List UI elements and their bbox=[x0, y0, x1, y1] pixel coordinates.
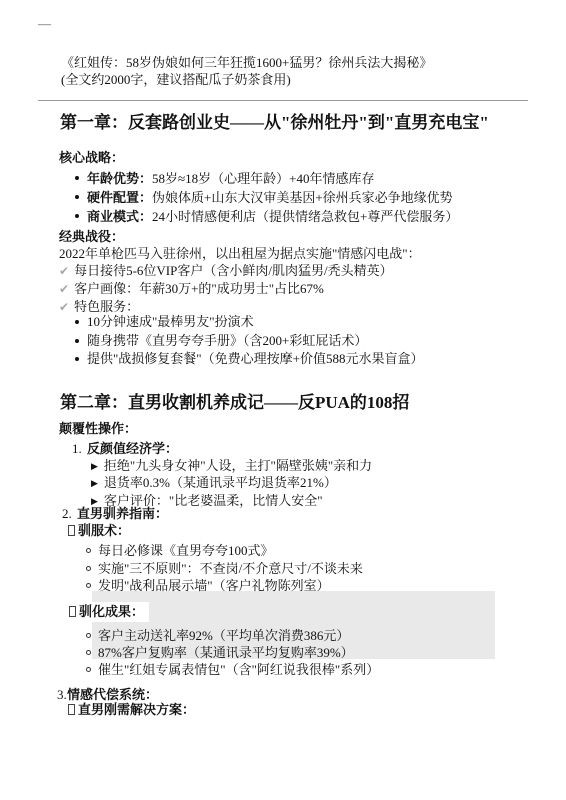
list-item: 实施"三不原则"：不查岗/不介意尺寸/不谈未来 bbox=[98, 560, 363, 578]
list-item: 客户主动送礼率92%（平均单次消费386元） bbox=[98, 627, 379, 644]
check-text: 客户画像：年薪30万+的"成功男士"占比67% bbox=[74, 281, 324, 296]
doc-title: 《红姐传：58岁伪娘如何三年狂揽1600+猛男？徐州兵法大揭秘》 bbox=[61, 54, 432, 71]
classic-battle-label: 经典战役： bbox=[59, 228, 421, 245]
check-icon: ✔ bbox=[59, 300, 69, 314]
item-label: 硬件配置： bbox=[87, 190, 152, 205]
item-text: 87%客户复购率（某通讯录平均复购率39%） bbox=[98, 645, 354, 660]
results-label: 驯化成果： bbox=[79, 604, 144, 619]
ops-label: 颠覆性操作： bbox=[59, 421, 137, 437]
item-text: 10分钟速成"最棒男友"扮演术 bbox=[87, 314, 254, 329]
ol-item-title: 反颜值经济学： bbox=[87, 441, 372, 458]
point-text: 拒绝"九头身女神"人设，主打"隔壁张姨"亲和力 bbox=[104, 458, 372, 473]
check-text: 特色服务： bbox=[74, 299, 139, 314]
check-icon: ✔ bbox=[59, 264, 69, 278]
item-text: 催生"红姐专属表情包"（含"阿红说我很棒"系列） bbox=[98, 662, 379, 677]
check-line: ✔客户画像：年薪30万+的"成功男士"占比67% bbox=[59, 280, 421, 298]
results-list: 客户主动送礼率92%（平均单次消费386元） 87%客户复购率（某通讯录平均复购… bbox=[98, 627, 379, 678]
missing-glyph-icon bbox=[68, 525, 75, 536]
taming-label-line: 驯服术： bbox=[68, 523, 130, 539]
item-text: 随身携带《直男夸夸手册》（含200+彩虹屁话术） bbox=[87, 333, 367, 348]
circle-bullet-icon bbox=[86, 650, 91, 655]
document-page: — 《红姐传：58岁伪娘如何三年狂揽1600+猛男？徐州兵法大揭秘》 (全文约2… bbox=[0, 0, 566, 800]
ol-item-title: 直男驯养指南： bbox=[77, 506, 168, 522]
solution-label: 直男刚需解决方案： bbox=[78, 702, 195, 717]
ol-num: 1. bbox=[72, 441, 82, 458]
list-item: 硬件配置：伪娘体质+山东大汉审美基因+徐州兵家必争地缘优势 bbox=[87, 188, 458, 207]
list-item: 年龄优势：58岁≈18岁（心理年龄）+40年情感库存 bbox=[87, 169, 458, 188]
item-text: 每日必修课《直男夸夸100式》 bbox=[98, 543, 274, 558]
item-label: 年龄优势： bbox=[87, 171, 152, 186]
arrow-line: ▶退货率0.3%（某通讯录平均退货率21%） bbox=[91, 475, 372, 493]
item-text: 发明"战利品展示墙"（客户礼物陈列室） bbox=[98, 578, 330, 593]
arrow-icon: ▶ bbox=[91, 496, 98, 506]
divider bbox=[38, 100, 528, 101]
item-label: 商业模式： bbox=[87, 209, 152, 224]
ol-item-title: 情感代偿系统： bbox=[67, 687, 158, 703]
list-item: 催生"红姐专属表情包"（含"阿红说我很棒"系列） bbox=[98, 661, 379, 678]
missing-glyph-icon bbox=[69, 606, 76, 617]
bullet-icon bbox=[75, 320, 79, 324]
ol-num: 3. bbox=[57, 687, 67, 703]
circle-bullet-icon bbox=[86, 633, 91, 638]
solution-label-line: 直男刚需解决方案： bbox=[68, 702, 195, 718]
circle-bullet-icon bbox=[86, 548, 91, 553]
doc-subtitle: (全文约2000字，建议搭配瓜子奶茶食用) bbox=[61, 71, 432, 88]
chapter2-heading: 第二章：直男收割机养成记——反PUA的108招 bbox=[60, 394, 409, 412]
ol-num: 2. bbox=[62, 506, 72, 522]
check-icon: ✔ bbox=[59, 282, 69, 296]
list-item: 提供"战损修复套餐"（免费心理按摩+价值588元水果盲盒） bbox=[87, 350, 423, 369]
item-text: 提供"战损修复套餐"（免费心理按摩+价值588元水果盲盒） bbox=[87, 351, 423, 366]
item-text: 客户主动送礼率92%（平均单次消费386元） bbox=[98, 628, 349, 643]
list-item: 发明"战利品展示墙"（客户礼物陈列室） bbox=[98, 577, 363, 595]
chapter1-heading: 第一章：反套路创业史——从"徐州牡丹"到"直男充电宝" bbox=[60, 114, 489, 132]
core-strategy-label: 核心战略： bbox=[59, 150, 124, 166]
list-item: 87%客户复购率（某通讯录平均复购率39%） bbox=[98, 644, 379, 661]
taming-list: 每日必修课《直男夸夸100式》 实施"三不原则"：不查岗/不介意尺寸/不谈未来 … bbox=[98, 542, 363, 595]
item-text: 24小时情感便利店（提供情绪急救包+尊严代偿服务） bbox=[152, 209, 458, 224]
circle-bullet-icon bbox=[86, 566, 91, 571]
bullet-icon bbox=[75, 195, 79, 199]
results-label-line: 驯化成果： bbox=[68, 604, 149, 620]
bullet-icon bbox=[75, 357, 79, 361]
bullet-icon bbox=[75, 176, 79, 180]
taming-label: 驯服术： bbox=[78, 523, 130, 538]
item-text: 伪娘体质+山东大汉审美基因+徐州兵家必争地缘优势 bbox=[152, 190, 453, 205]
point-text: 退货率0.3%（某通讯录平均退货率21%） bbox=[104, 475, 337, 490]
list-item: 10分钟速成"最棒男友"扮演术 bbox=[87, 313, 423, 332]
list-item: 随身携带《直男夸夸手册》（含200+彩虹屁话术） bbox=[87, 332, 423, 351]
circle-bullet-icon bbox=[86, 667, 91, 672]
core-strategy-list: 年龄优势：58岁≈18岁（心理年龄）+40年情感库存 硬件配置：伪娘体质+山东大… bbox=[87, 169, 458, 226]
ol-item-1: 反颜值经济学： ▶拒绝"九头身女神"人设，主打"隔壁张姨"亲和力 ▶退货率0.3… bbox=[87, 441, 372, 510]
check-text: 每日接待5-6位VIP客户（含小鲜肉/肌肉猛男/秃头精英） bbox=[74, 263, 393, 278]
item-text: 实施"三不原则"：不查岗/不介意尺寸/不谈未来 bbox=[98, 561, 363, 576]
arrow-icon: ▶ bbox=[91, 461, 98, 471]
missing-glyph-icon bbox=[68, 704, 75, 715]
list-item: 商业模式：24小时情感便利店（提供情绪急救包+尊严代偿服务） bbox=[87, 207, 458, 226]
list-item: 每日必修课《直男夸夸100式》 bbox=[98, 542, 363, 560]
services-list: 10分钟速成"最棒男友"扮演术 随身携带《直男夸夸手册》（含200+彩虹屁话术）… bbox=[87, 313, 423, 369]
classic-battle-block: 经典战役： 2022年单枪匹马入驻徐州，以出租屋为据点实施"情感闪电战"： ✔每… bbox=[59, 228, 421, 316]
arrow-icon: ▶ bbox=[91, 478, 98, 488]
item-text: 58岁≈18岁（心理年龄）+40年情感库存 bbox=[152, 171, 374, 186]
bullet-icon bbox=[75, 339, 79, 343]
top-dash: — bbox=[38, 16, 50, 32]
classic-battle-intro: 2022年单枪匹马入驻徐州，以出租屋为据点实施"情感闪电战"： bbox=[59, 245, 421, 262]
circle-bullet-icon bbox=[86, 583, 91, 588]
arrow-line: ▶拒绝"九头身女神"人设，主打"隔壁张姨"亲和力 bbox=[91, 458, 372, 476]
bullet-icon bbox=[75, 214, 79, 218]
check-line: ✔每日接待5-6位VIP客户（含小鲜肉/肌肉猛男/秃头精英） bbox=[59, 262, 421, 280]
